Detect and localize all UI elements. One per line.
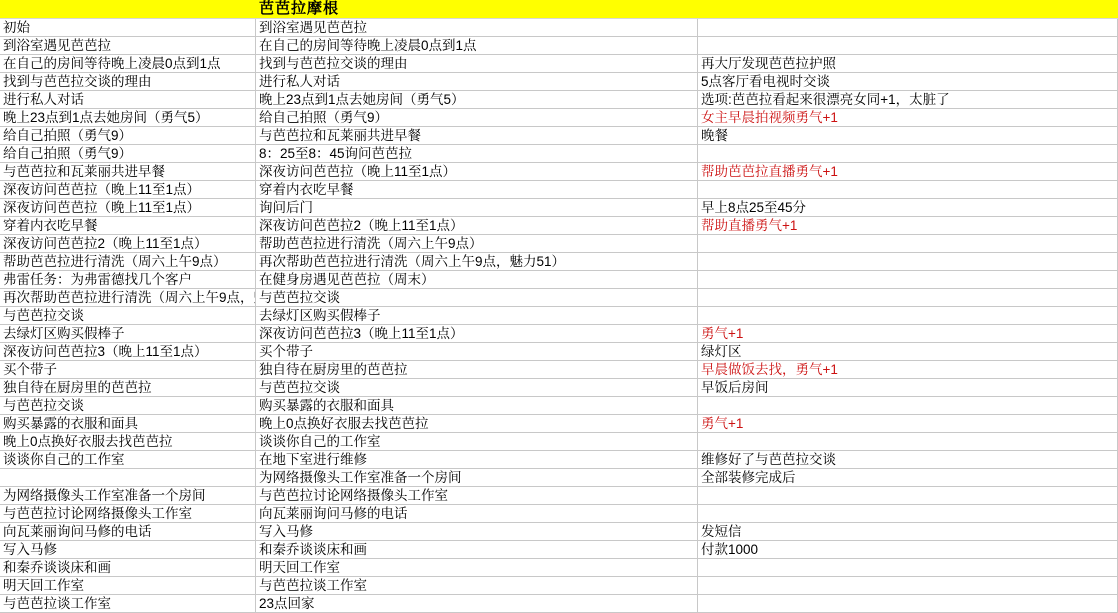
cell-c1-row24[interactable]: 晚上0点换好衣服去找芭芭拉 — [0, 433, 256, 451]
cell-c2-row27[interactable]: 与芭芭拉讨论网络摄像头工作室 — [256, 487, 698, 505]
cell-c1-row22[interactable]: 与芭芭拉交谈 — [0, 397, 256, 415]
cell-c2-row17[interactable]: 去绿灯区购买假棒子 — [256, 307, 698, 325]
cell-c2-row20[interactable]: 独自待在厨房里的芭芭拉 — [256, 361, 698, 379]
table-row: 穿着内衣吃早餐深夜访问芭芭拉2（晚上11至1点）帮助直播勇气+1 — [0, 217, 1118, 235]
spreadsheet: 芭芭拉摩根 初始到浴室遇见芭芭拉到浴室遇见芭芭拉在自己的房间等待晚上凌晨0点到1… — [0, 0, 1118, 613]
table-row: 深夜访问芭芭拉2（晚上11至1点）帮助芭芭拉进行清洗（周六上午9点） — [0, 235, 1118, 253]
table-row: 与芭芭拉讨论网络摄像头工作室向瓦莱丽询问马修的电话 — [0, 505, 1118, 523]
cell-c3-row18[interactable]: 勇气+1 — [698, 325, 1118, 343]
cell-c2-row23[interactable]: 晚上0点换好衣服去找芭芭拉 — [256, 415, 698, 433]
table-row: 与芭芭拉交谈去绿灯区购买假棒子 — [0, 307, 1118, 325]
cell-c3-row11[interactable]: 早上8点25至45分 — [698, 199, 1118, 217]
cell-c2-row22[interactable]: 购买暴露的衣服和面具 — [256, 397, 698, 415]
cell-c2-row12[interactable]: 深夜访问芭芭拉2（晚上11至1点） — [256, 217, 698, 235]
table-row: 购买暴露的衣服和面具晚上0点换好衣服去找芭芭拉勇气+1 — [0, 415, 1118, 433]
cell-c2-row31[interactable]: 明天回工作室 — [256, 559, 698, 577]
cell-c3-row1[interactable] — [698, 19, 1118, 37]
cell-c3-row28[interactable] — [698, 505, 1118, 523]
cell-c2-row10[interactable]: 穿着内衣吃早餐 — [256, 181, 698, 199]
cell-c2-row11[interactable]: 询问后门 — [256, 199, 698, 217]
cell-c1-row3[interactable]: 在自己的房间等待晚上凌晨0点到1点 — [0, 55, 256, 73]
table-row: 在自己的房间等待晚上凌晨0点到1点找到与芭芭拉交谈的理由再大厅发现芭芭拉护照 — [0, 55, 1118, 73]
header-row: 芭芭拉摩根 — [0, 0, 1118, 19]
cell-c1-row30[interactable]: 写入马修 — [0, 541, 256, 559]
cell-c1-row1[interactable]: 初始 — [0, 19, 256, 37]
table-row: 找到与芭芭拉交谈的理由进行私人对话5点客厅看电视时交谈 — [0, 73, 1118, 91]
cell-c1-row15[interactable]: 弗雷任务：为弗雷德找几个客户 — [0, 271, 256, 289]
cell-c1-row33[interactable]: 与芭芭拉谈工作室 — [0, 595, 256, 613]
table-row: 再次帮助芭芭拉进行清洗（周六上午9点，魅力51）与芭芭拉交谈 — [0, 289, 1118, 307]
cell-c2-row24[interactable]: 谈谈你自己的工作室 — [256, 433, 698, 451]
cell-c1-row28[interactable]: 与芭芭拉讨论网络摄像头工作室 — [0, 505, 256, 523]
cell-c2-row18[interactable]: 深夜访问芭芭拉3（晚上11至1点） — [256, 325, 698, 343]
cell-c3-row29[interactable]: 发短信 — [698, 523, 1118, 541]
cell-c3-row9[interactable]: 帮助芭芭拉直播勇气+1 — [698, 163, 1118, 181]
cell-c3-row31[interactable] — [698, 559, 1118, 577]
table-row: 到浴室遇见芭芭拉在自己的房间等待晚上凌晨0点到1点 — [0, 37, 1118, 55]
cell-c2-row2[interactable]: 在自己的房间等待晚上凌晨0点到1点 — [256, 37, 698, 55]
cell-c2-row19[interactable]: 买个带子 — [256, 343, 698, 361]
cell-c3-row32[interactable] — [698, 577, 1118, 595]
table-row: 独自待在厨房里的芭芭拉与芭芭拉交谈早饭后房间 — [0, 379, 1118, 397]
cell-c1-row17[interactable]: 与芭芭拉交谈 — [0, 307, 256, 325]
cell-c3-row25[interactable]: 维修好了与芭芭拉交谈 — [698, 451, 1118, 469]
table-row: 进行私人对话晚上23点到1点去她房间（勇气5）选项:芭芭拉看起来很漂亮女同+1，… — [0, 91, 1118, 109]
cell-c3-row30[interactable]: 付款1000 — [698, 541, 1118, 559]
cell-c1-row27[interactable]: 为网络摄像头工作室准备一个房间 — [0, 487, 256, 505]
cell-c2-row26[interactable]: 为网络摄像头工作室准备一个房间 — [256, 469, 698, 487]
cell-c2-row25[interactable]: 在地下室进行维修 — [256, 451, 698, 469]
table-row: 深夜访问芭芭拉（晚上11至1点）穿着内衣吃早餐 — [0, 181, 1118, 199]
cell-c3-row12[interactable]: 帮助直播勇气+1 — [698, 217, 1118, 235]
cell-c2-row29[interactable]: 写入马修 — [256, 523, 698, 541]
cell-c2-row28[interactable]: 向瓦莱丽询问马修的电话 — [256, 505, 698, 523]
table-row: 买个带子独自待在厨房里的芭芭拉早晨做饭去找，勇气+1 — [0, 361, 1118, 379]
table-row: 深夜访问芭芭拉3（晚上11至1点）买个带子绿灯区 — [0, 343, 1118, 361]
table-row: 晚上23点到1点去她房间（勇气5）给自己拍照（勇气9）女主早晨拍视频勇气+1 — [0, 109, 1118, 127]
cell-c1-row11[interactable]: 深夜访问芭芭拉（晚上11至1点） — [0, 199, 256, 217]
cell-c1-row4[interactable]: 找到与芭芭拉交谈的理由 — [0, 73, 256, 91]
cell-c1-row10[interactable]: 深夜访问芭芭拉（晚上11至1点） — [0, 181, 256, 199]
cell-c1-row29[interactable]: 向瓦莱丽询问马修的电话 — [0, 523, 256, 541]
table-row: 深夜访问芭芭拉（晚上11至1点）询问后门早上8点25至45分 — [0, 199, 1118, 217]
cell-c3-row2[interactable] — [698, 37, 1118, 55]
cell-c3-row26[interactable]: 全部装修完成后 — [698, 469, 1118, 487]
table-row: 给自己拍照（勇气9）8：25至8：45询问芭芭拉 — [0, 145, 1118, 163]
cell-c3-row27[interactable] — [698, 487, 1118, 505]
table-row: 明天回工作室与芭芭拉谈工作室 — [0, 577, 1118, 595]
cell-c1-row31[interactable]: 和秦乔谈谈床和画 — [0, 559, 256, 577]
cell-c1-row25[interactable]: 谈谈你自己的工作室 — [0, 451, 256, 469]
table-row: 为网络摄像头工作室准备一个房间全部装修完成后 — [0, 469, 1118, 487]
cell-c2-row14[interactable]: 再次帮助芭芭拉进行清洗（周六上午9点，魅力51） — [256, 253, 698, 271]
cell-c2-row4[interactable]: 进行私人对话 — [256, 73, 698, 91]
cell-c1-row16[interactable]: 再次帮助芭芭拉进行清洗（周六上午9点，魅力51） — [0, 289, 256, 307]
table-row: 初始到浴室遇见芭芭拉 — [0, 19, 1118, 37]
cell-c3-row20[interactable]: 早晨做饭去找，勇气+1 — [698, 361, 1118, 379]
cell-c1-row2[interactable]: 到浴室遇见芭芭拉 — [0, 37, 256, 55]
table-row: 为网络摄像头工作室准备一个房间与芭芭拉讨论网络摄像头工作室 — [0, 487, 1118, 505]
cell-c1-row21[interactable]: 独自待在厨房里的芭芭拉 — [0, 379, 256, 397]
cell-c1-row26[interactable] — [0, 469, 256, 487]
cell-c3-row10[interactable] — [698, 181, 1118, 199]
cell-c2-row6[interactable]: 给自己拍照（勇气9） — [256, 109, 698, 127]
cell-c2-row7[interactable]: 与芭芭拉和瓦莱丽共进早餐 — [256, 127, 698, 145]
cell-c2-row30[interactable]: 和秦乔谈谈床和画 — [256, 541, 698, 559]
cell-c2-row3[interactable]: 找到与芭芭拉交谈的理由 — [256, 55, 698, 73]
table-row: 与芭芭拉和瓦莱丽共进早餐深夜访问芭芭拉（晚上11至1点）帮助芭芭拉直播勇气+1 — [0, 163, 1118, 181]
table-row: 弗雷任务：为弗雷德找几个客户在健身房遇见芭芭拉（周末） — [0, 271, 1118, 289]
cell-c3-row8[interactable] — [698, 145, 1118, 163]
cell-c3-row16[interactable] — [698, 289, 1118, 307]
cell-c2-row32[interactable]: 与芭芭拉谈工作室 — [256, 577, 698, 595]
cell-c3-row3[interactable]: 再大厅发现芭芭拉护照 — [698, 55, 1118, 73]
cell-c1-row32[interactable]: 明天回工作室 — [0, 577, 256, 595]
cell-c2-row13[interactable]: 帮助芭芭拉进行清洗（周六上午9点） — [256, 235, 698, 253]
cell-c3-row21[interactable]: 早饭后房间 — [698, 379, 1118, 397]
cell-c2-row1[interactable]: 到浴室遇见芭芭拉 — [256, 19, 698, 37]
table-row: 谈谈你自己的工作室在地下室进行维修维修好了与芭芭拉交谈 — [0, 451, 1118, 469]
cell-c2-row16[interactable]: 与芭芭拉交谈 — [256, 289, 698, 307]
cell-c3-row15[interactable] — [698, 271, 1118, 289]
header-cell-right[interactable] — [698, 0, 1118, 19]
cell-c2-row33[interactable]: 23点回家 — [256, 595, 698, 613]
cell-c3-row33[interactable] — [698, 595, 1118, 613]
table-row: 给自己拍照（勇气9）与芭芭拉和瓦莱丽共进早餐晚餐 — [0, 127, 1118, 145]
table-row: 与芭芭拉谈工作室23点回家 — [0, 595, 1118, 613]
cell-c1-row6[interactable]: 晚上23点到1点去她房间（勇气5） — [0, 109, 256, 127]
cell-c3-row19[interactable]: 绿灯区 — [698, 343, 1118, 361]
cell-c1-row7[interactable]: 给自己拍照（勇气9） — [0, 127, 256, 145]
cell-c1-row18[interactable]: 去绿灯区购买假棒子 — [0, 325, 256, 343]
cell-c1-row20[interactable]: 买个带子 — [0, 361, 256, 379]
table-row: 晚上0点换好衣服去找芭芭拉谈谈你自己的工作室 — [0, 433, 1118, 451]
cell-c3-row4[interactable]: 5点客厅看电视时交谈 — [698, 73, 1118, 91]
table-row: 写入马修和秦乔谈谈床和画付款1000 — [0, 541, 1118, 559]
cell-c1-row8[interactable]: 给自己拍照（勇气9） — [0, 145, 256, 163]
table-row: 和秦乔谈谈床和画明天回工作室 — [0, 559, 1118, 577]
cell-c2-row21[interactable]: 与芭芭拉交谈 — [256, 379, 698, 397]
cell-c1-row9[interactable]: 与芭芭拉和瓦莱丽共进早餐 — [0, 163, 256, 181]
cell-c2-row9[interactable]: 深夜访问芭芭拉（晚上11至1点） — [256, 163, 698, 181]
table-body: 初始到浴室遇见芭芭拉到浴室遇见芭芭拉在自己的房间等待晚上凌晨0点到1点在自己的房… — [0, 19, 1118, 613]
cell-c1-row12[interactable]: 穿着内衣吃早餐 — [0, 217, 256, 235]
cell-c3-row6[interactable]: 女主早晨拍视频勇气+1 — [698, 109, 1118, 127]
cell-c1-row23[interactable]: 购买暴露的衣服和面具 — [0, 415, 256, 433]
cell-c3-row5[interactable]: 选项:芭芭拉看起来很漂亮女同+1，太脏了 — [698, 91, 1118, 109]
cell-c1-row13[interactable]: 深夜访问芭芭拉2（晚上11至1点） — [0, 235, 256, 253]
cell-c3-row7[interactable]: 晚餐 — [698, 127, 1118, 145]
cell-c2-row8[interactable]: 8：25至8：45询问芭芭拉 — [256, 145, 698, 163]
sheet-title: 芭芭拉摩根 — [256, 0, 698, 19]
cell-c3-row13[interactable] — [698, 235, 1118, 253]
cell-c2-row15[interactable]: 在健身房遇见芭芭拉（周末） — [256, 271, 698, 289]
table-row: 帮助芭芭拉进行清洗（周六上午9点）再次帮助芭芭拉进行清洗（周六上午9点，魅力51… — [0, 253, 1118, 271]
table-row: 向瓦莱丽询问马修的电话写入马修发短信 — [0, 523, 1118, 541]
table-row: 与芭芭拉交谈购买暴露的衣服和面具 — [0, 397, 1118, 415]
cell-c3-row17[interactable] — [698, 307, 1118, 325]
cell-c3-row14[interactable] — [698, 253, 1118, 271]
header-cell-left[interactable] — [0, 0, 256, 19]
cell-c2-row5[interactable]: 晚上23点到1点去她房间（勇气5） — [256, 91, 698, 109]
cell-c1-row5[interactable]: 进行私人对话 — [0, 91, 256, 109]
cell-c1-row19[interactable]: 深夜访问芭芭拉3（晚上11至1点） — [0, 343, 256, 361]
cell-c3-row23[interactable]: 勇气+1 — [698, 415, 1118, 433]
cell-c3-row22[interactable] — [698, 397, 1118, 415]
cell-c1-row14[interactable]: 帮助芭芭拉进行清洗（周六上午9点） — [0, 253, 256, 271]
table-row: 去绿灯区购买假棒子深夜访问芭芭拉3（晚上11至1点）勇气+1 — [0, 325, 1118, 343]
cell-c3-row24[interactable] — [698, 433, 1118, 451]
